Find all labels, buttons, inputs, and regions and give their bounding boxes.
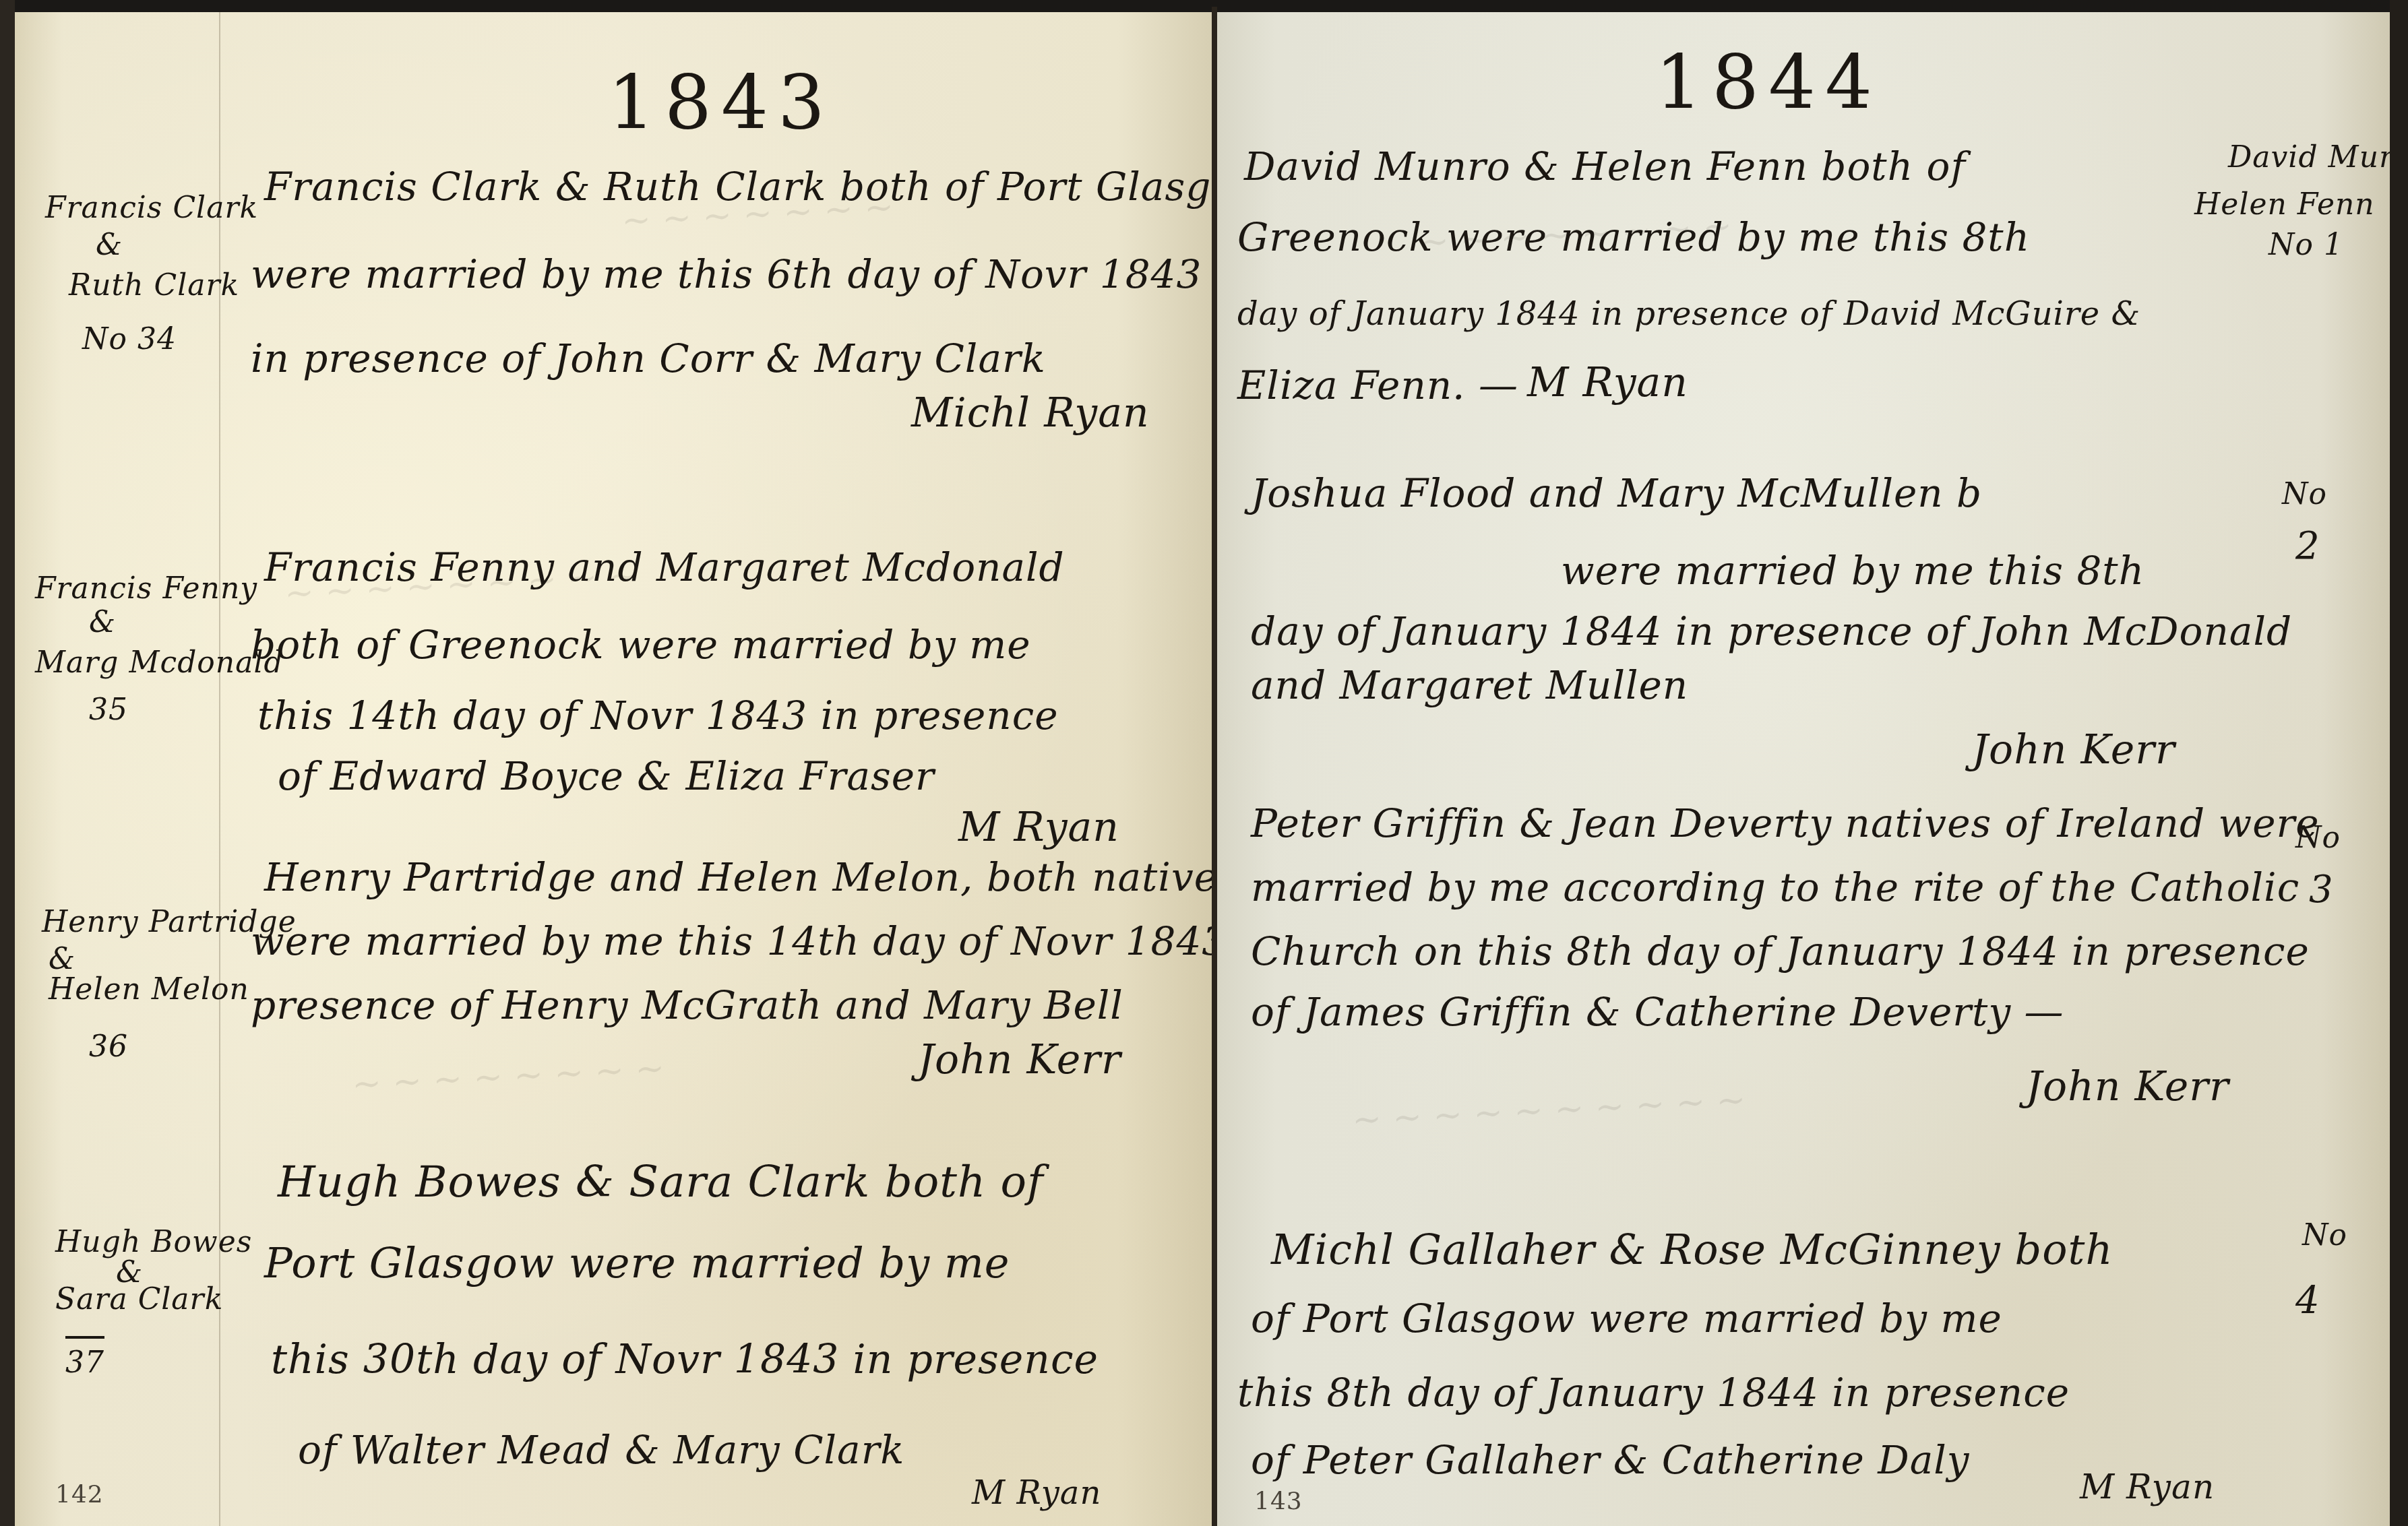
register-spread: ~ ~ ~ ~ ~ ~ ~ ~ ~ ~ ~ ~ ~ ~ ~ ~ ~ ~ ~ ~ …	[0, 0, 2408, 1526]
margin-entry-number: 3	[2309, 868, 2334, 912]
margin-name-groom: Francis Clark	[45, 191, 258, 225]
right-page: ~ ~ ~ ~ ~ ~ ~ ~ ~ ~ ~ ~ ~ ~ ~ ~ ~ ~ 1844…	[1217, 12, 2390, 1526]
margin-name-bride: Helen Melon	[49, 972, 249, 1007]
entry-line: Greenock were married by me this 8th	[1237, 214, 2030, 260]
margin-entry-number: No 34	[82, 322, 177, 356]
officiant-signature: John Kerr	[1972, 726, 2175, 773]
margin-entry-number: 2	[2295, 524, 2320, 568]
left-book-edge	[0, 0, 15, 1526]
entry-line: Eliza Fenn. —	[1237, 362, 1518, 408]
margin-name-bride: Helen Fenn	[2194, 187, 2375, 222]
page-year: 1843	[608, 59, 834, 146]
margin-name-groom: Francis Fenny	[35, 571, 257, 606]
entry-line: Francis Fenny and Margaret Mcdonald	[264, 544, 1065, 590]
entry-line: of James Griffin & Catherine Deverty —	[1251, 989, 2064, 1035]
bleed-through: ~ ~ ~ ~ ~ ~ ~ ~	[351, 1048, 666, 1105]
entry-line: Michl Gallaher & Rose McGinney both	[1271, 1225, 2113, 1274]
entry-line: Church on this 8th day of January 1844 i…	[1251, 928, 2310, 974]
margin-no-label: No	[2282, 477, 2327, 511]
margin-entry-number: 37	[65, 1336, 104, 1380]
left-page: ~ ~ ~ ~ ~ ~ ~ ~ ~ ~ ~ ~ ~ ~ ~ ~ ~ ~ ~ ~ …	[15, 12, 1213, 1526]
entry-line: Henry Partridge and Helen Melon, both na…	[264, 854, 1213, 900]
entry-line: day of January 1844 in presence of David…	[1237, 295, 2140, 333]
entry-line: Francis Clark & Ruth Clark both of Port …	[264, 164, 1213, 210]
margin-entry-number: 4	[2295, 1279, 2320, 1323]
entry-line: of Port Glasgow were married by me	[1251, 1296, 2002, 1341]
officiant-signature: John Kerr	[918, 1036, 1121, 1083]
margin-name-groom: David Munro	[2228, 140, 2390, 174]
bleed-through: ~ ~ ~ ~ ~ ~ ~ ~ ~ ~	[1351, 1080, 1747, 1141]
entry-line: both of Greenock were married by me	[251, 622, 1031, 668]
entry-line: of Edward Boyce & Eliza Fraser	[278, 753, 935, 799]
entry-line: of Peter Gallaher & Catherine Daly	[1251, 1437, 1970, 1483]
entry-line: this 14th day of Novr 1843 in presence	[257, 693, 1058, 738]
officiant-signature: John Kerr	[2026, 1063, 2229, 1110]
officiant-signature: M Ryan	[1527, 359, 1688, 406]
margin-ampersand: &	[96, 228, 123, 262]
officiant-signature: M Ryan	[2080, 1467, 2215, 1506]
entry-line: this 30th day of Novr 1843 in presence	[271, 1336, 1099, 1383]
margin-no-label: No	[2302, 1218, 2347, 1252]
entry-line: Peter Griffin & Jean Deverty natives of …	[1251, 800, 2320, 846]
top-shadow	[0, 0, 2408, 13]
margin-name-bride: Marg Mcdonald	[35, 645, 284, 680]
margin-entry-number: 35	[89, 693, 128, 727]
entry-line: in presence of John Corr & Mary Clark	[251, 336, 1046, 381]
entry-line: and Margaret Mullen	[1251, 662, 1688, 708]
entry-line: day of January 1844 in presence of John …	[1251, 608, 2292, 654]
entry-line: were married by me this 6th day of Novr …	[251, 251, 1202, 297]
margin-name-groom: Hugh Bowes	[55, 1225, 252, 1259]
entry-line: Port Glasgow were married by me	[264, 1238, 1010, 1287]
margin-entry-number: 36	[89, 1029, 128, 1064]
entry-line: presence of Henry McGrath and Mary Bell	[251, 982, 1123, 1028]
margin-name-bride: Ruth Clark	[69, 268, 239, 303]
margin-name-bride: Sara Clark	[55, 1282, 223, 1316]
right-book-edge	[2390, 0, 2408, 1526]
page-year: 1844	[1655, 39, 1882, 125]
officiant-signature: Michl Ryan	[911, 389, 1150, 437]
entry-line: were married by me this 8th	[1561, 548, 2144, 594]
page-number: 142	[55, 1481, 104, 1508]
entry-line: this 8th day of January 1844 in presence	[1237, 1370, 2070, 1416]
margin-entry-number: No 1	[2268, 228, 2343, 262]
entry-line: David Munro & Helen Fenn both of	[1244, 144, 1966, 189]
book-gutter	[1212, 7, 1217, 1526]
officiant-signature: M Ryan	[972, 1474, 1101, 1512]
margin-ampersand: &	[49, 942, 75, 976]
officiant-signature: M Ryan	[958, 804, 1119, 851]
entry-line: were married by me this 14th day of Novr…	[251, 918, 1213, 964]
margin-ampersand: &	[89, 605, 116, 639]
entry-line: of Walter Mead & Mary Clark	[298, 1427, 905, 1473]
page-number: 143	[1254, 1488, 1303, 1515]
entry-line: Joshua Flood and Mary McMullen b	[1251, 470, 1982, 516]
entry-line: Hugh Bowes & Sara Clark both of	[278, 1157, 1044, 1207]
entry-line: married by me according to the rite of t…	[1251, 864, 2299, 910]
